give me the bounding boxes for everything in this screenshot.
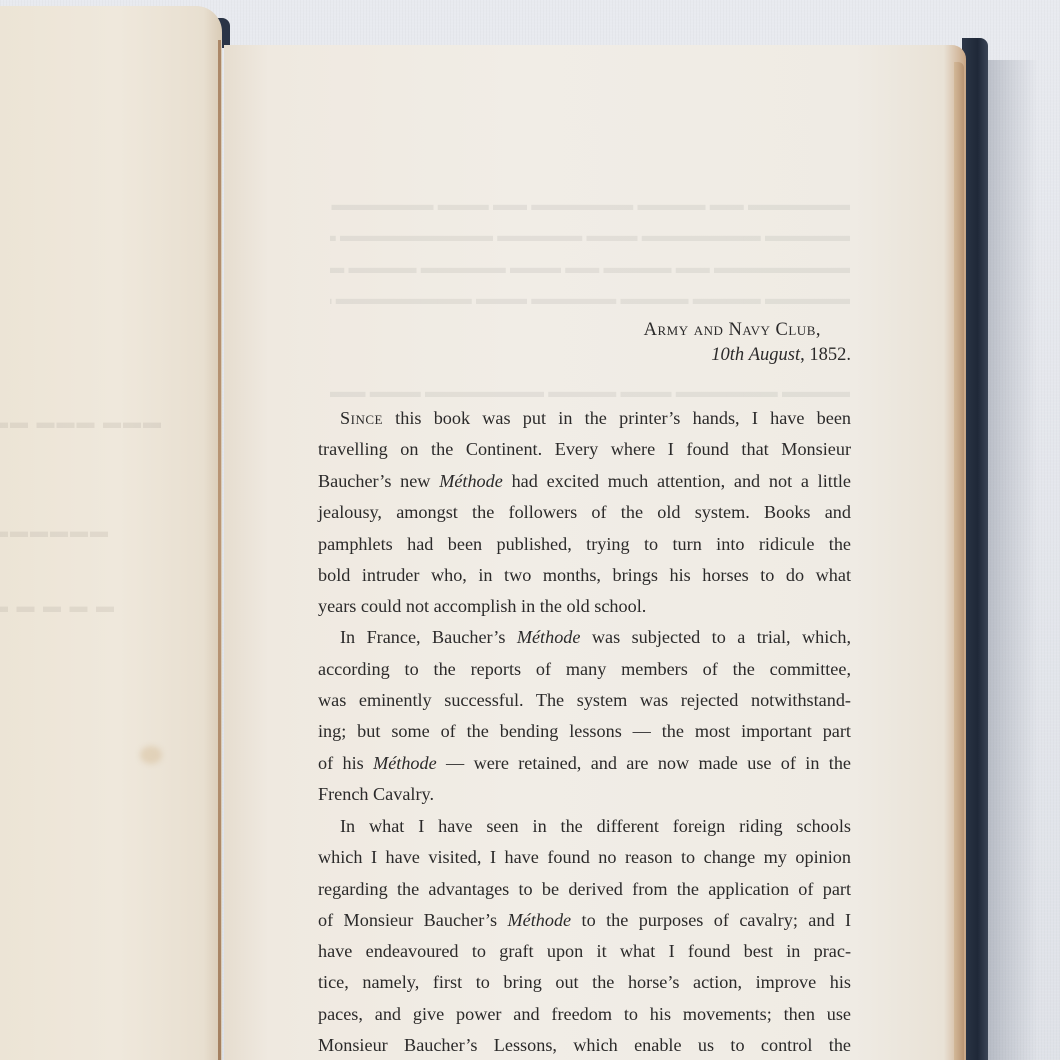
text-line: ing; but some of the bending lessons — t… <box>318 720 851 742</box>
italic-term: Méthode <box>439 471 503 491</box>
text-line: bold intruder who, in two months, brings… <box>318 564 851 586</box>
text-line: Baucher’s new Méthode had excited much a… <box>318 470 851 492</box>
line-text: this book was put in the printer’s hands… <box>383 408 851 428</box>
text-line: tice, namely, first to bring out the hor… <box>318 971 851 993</box>
text-line: according to the reports of many members… <box>318 658 851 680</box>
bleed-through-text: ▬▬▬▬▬▬ ▬▬ ▬▬▬▬ ▬▬▬▬▬▬ ▬▬ ▬▬▬ ▬▬▬▬▬▬ ▬▬▬ … <box>330 195 850 215</box>
text-line: Since this book was put in the printer’s… <box>340 407 851 429</box>
text-line: pamphlets had been published, trying to … <box>318 533 851 555</box>
text-line: Monsieur Baucher’s Lessons, which enable… <box>318 1034 851 1056</box>
letter-location: Army and Navy Club, <box>644 320 821 341</box>
left-page: ▬▬ ▬▬▬ ▬▬▬ ▬▬▬▬▬▬ ▬ ▬ ▬ ▬ ▬ <box>0 6 222 1060</box>
bleed-through-text: ▬▬▬▬▬▬ <box>0 521 110 542</box>
bleed-through-text: ▬▬▬▬▬ ▬▬▬▬ ▬▬▬▬ ▬▬▬▬▬ ▬▬▬ ▬▬▬▬▬▬▬▬ ▬▬▬▬ … <box>330 289 850 309</box>
line-text: Baucher’s new <box>318 471 439 491</box>
location-text: Army and Navy Club, <box>644 320 821 340</box>
bleed-through-text: ▬▬▬▬▬▬▬▬ ▬▬ ▬▬▬▬ ▬▬ ▬▬▬ ▬▬▬▬▬ ▬▬▬▬ ▬▬▬ ▬… <box>330 258 850 278</box>
text-line: In France, Baucher’s Méthode was subject… <box>340 626 851 648</box>
bleed-through-text: ▬ ▬ ▬ ▬ ▬ <box>0 596 116 617</box>
text-line: which I have visited, I have found no re… <box>318 846 851 868</box>
bleed-through-text: ▬▬▬▬ ▬▬▬▬▬▬ ▬▬▬ ▬▬▬▬ ▬▬▬▬▬▬▬ ▬▬▬ ▬▬▬▬ ▬▬… <box>330 382 850 402</box>
text-line: French Cavalry. <box>318 783 851 805</box>
text-line: have endeavoured to graft upon it what I… <box>318 940 851 962</box>
line-text: was subjected to a trial, which, <box>580 627 851 647</box>
gutter-line <box>218 40 221 1060</box>
drop-smallcaps: Since <box>340 408 383 428</box>
line-text: of Monsieur Baucher’s <box>318 910 507 930</box>
text-line: In what I have seen in the different for… <box>340 815 851 837</box>
italic-term: Méthode <box>507 910 571 930</box>
text-line: travelling on the Continent. Every where… <box>318 438 851 460</box>
text-line: paces, and give power and freedom to his… <box>318 1003 851 1025</box>
text-line: years could not accomplish in the old sc… <box>318 595 851 617</box>
line-text: had excited much attention, and not a li… <box>503 471 851 491</box>
letter-date: 10th August, 1852. <box>711 345 851 366</box>
text-line: regarding the advantages to be derived f… <box>318 878 851 900</box>
line-text: to the purposes of cavalry; and I <box>571 910 851 930</box>
bleed-through-text: ▬▬▬▬▬ ▬▬▬▬▬▬▬ ▬▬▬ ▬▬▬▬▬ ▬▬▬▬▬▬▬▬▬ ▬▬▬▬▬▬… <box>330 226 850 246</box>
text-line: of his Méthode — were retained, and are … <box>318 752 851 774</box>
line-text: In France, Baucher’s <box>340 627 517 647</box>
italic-term: Méthode <box>517 627 581 647</box>
text-line: was eminently successful. The system was… <box>318 689 851 711</box>
line-text: of his <box>318 753 373 773</box>
foxing-spot <box>140 746 162 764</box>
date-year: , 1852. <box>800 345 851 365</box>
bleed-through-text: ▬▬ ▬▬▬ ▬▬▬ <box>0 412 163 433</box>
line-text: — were retained, and are now made use of… <box>437 753 851 773</box>
text-line: jealousy, amongst the followers of the o… <box>318 501 851 523</box>
date-month: August <box>749 345 800 365</box>
text-line: of Monsieur Baucher’s Méthode to the pur… <box>318 909 851 931</box>
page-block-edge <box>954 62 964 1060</box>
cover-shadow <box>988 60 1038 1060</box>
date-day: 10th <box>711 345 744 365</box>
italic-term: Méthode <box>373 753 437 773</box>
